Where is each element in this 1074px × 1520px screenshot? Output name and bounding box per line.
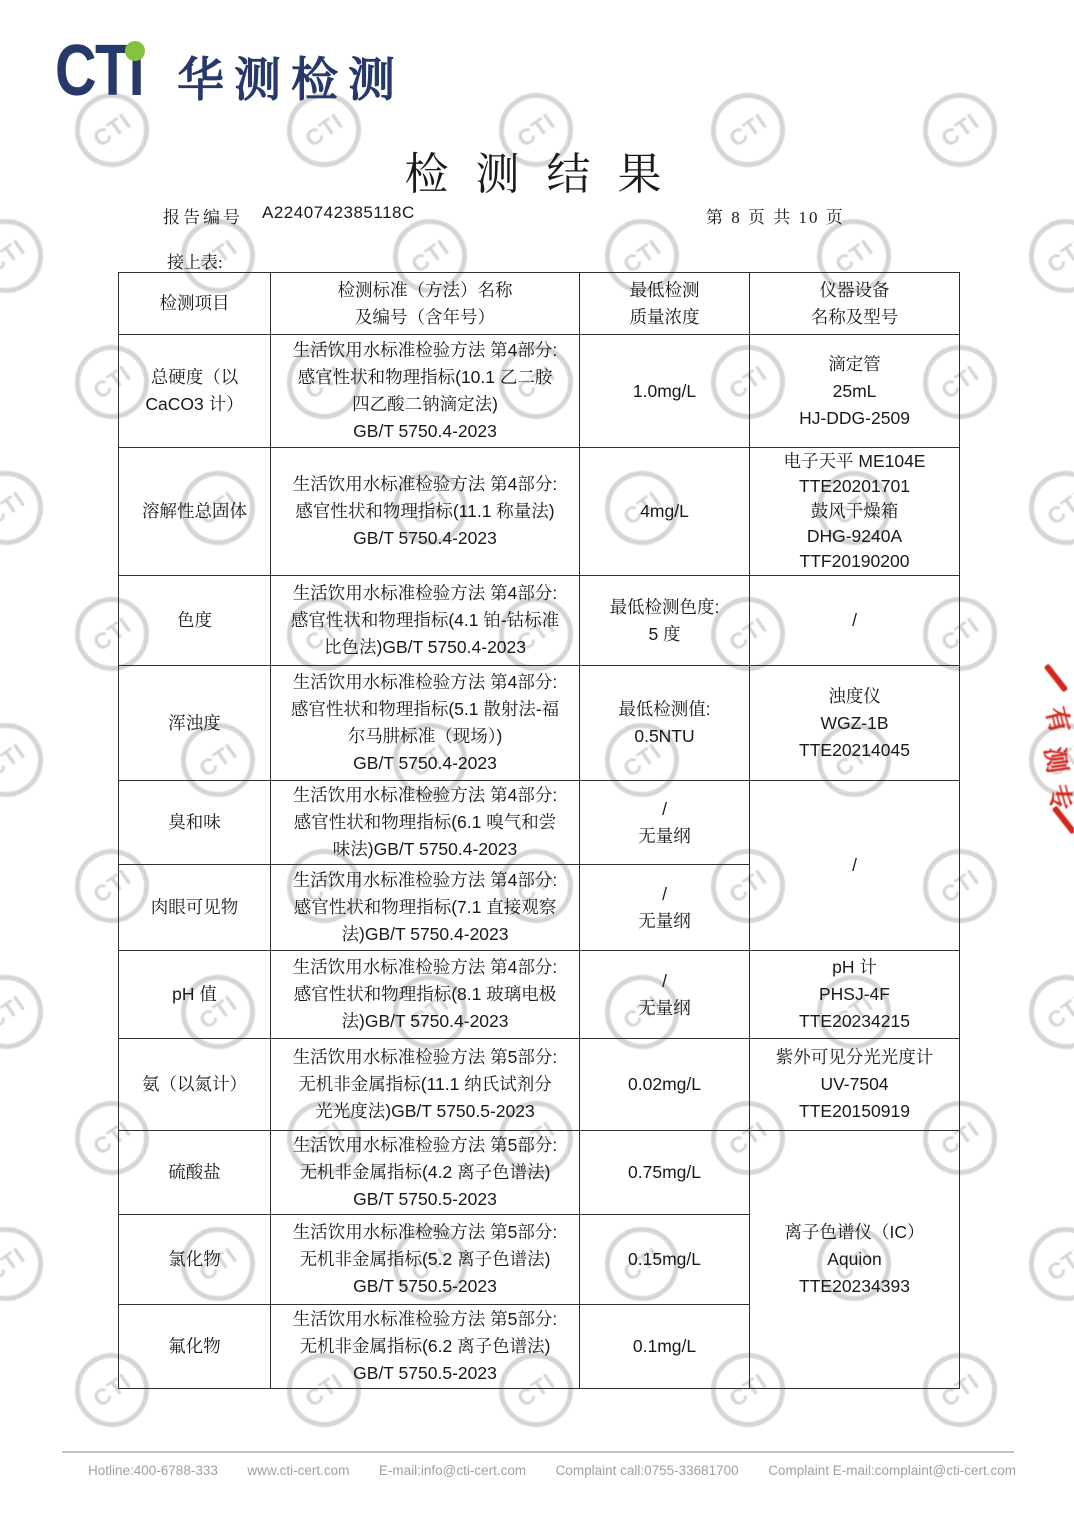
method-line: 生活饮用水标准检验方法 第5部分: — [274, 1306, 576, 1333]
footer-complaint-call: Complaint call:0755-33681700 — [556, 1463, 739, 1478]
stamp-stroke-icon — [1044, 664, 1068, 693]
cell-detection-limit: 0.02mg/L — [580, 1039, 750, 1131]
method-line: 法)GB/T 5750.4-2023 — [274, 921, 576, 948]
column-header-line: 仪器设备 — [753, 277, 956, 304]
cell-detection-limit: /无量纲 — [580, 781, 750, 865]
results-table-head: 检测项目检测标准（方法）名称及编号（含年号）最低检测质量浓度仪器设备名称及型号 — [119, 273, 960, 335]
test-item-line: pH 值 — [122, 981, 267, 1008]
page-indicator: 第 8 页 共 10 页 — [706, 203, 845, 228]
method-line: 生活饮用水标准检验方法 第5部分: — [274, 1044, 576, 1071]
test-item-line: 色度 — [122, 607, 267, 634]
cell-test-item: 浑浊度 — [119, 666, 271, 781]
cell-detection-limit: /无量纲 — [580, 951, 750, 1039]
cell-test-item: 氟化物 — [119, 1305, 271, 1389]
cell-detection-limit: /无量纲 — [580, 865, 750, 951]
cell-test-item: 溶解性总固体 — [119, 448, 271, 576]
cti-watermark-icon: CTI — [1014, 456, 1074, 559]
equipment-line: TTE20234393 — [753, 1273, 956, 1300]
cell-method-standard: 生活饮用水标准检验方法 第4部分:感官性状和物理指标(6.1 嗅气和尝味法)GB… — [271, 781, 580, 865]
cell-equipment: 滴定管25mLHJ-DDG-2509 — [750, 335, 960, 448]
cell-equipment: 离子色谱仪（IC）AquionTTE20234393 — [750, 1131, 960, 1389]
method-line: 味法)GB/T 5750.4-2023 — [274, 836, 576, 863]
column-header-line: 最低检测 — [583, 277, 746, 304]
test-item-line: 溶解性总固体 — [122, 498, 267, 525]
equipment-line: 离子色谱仪（IC） — [753, 1219, 956, 1246]
cell-equipment: 电子天平 ME104ETTE20201701鼓风干燥箱DHG-9240ATTF2… — [750, 448, 960, 576]
detection-limit-line: 无量纲 — [583, 995, 746, 1022]
test-item-line: CaCO3 计） — [122, 391, 267, 418]
method-line: 感官性状和物理指标(8.1 玻璃电极 — [274, 981, 576, 1008]
method-line: 生活饮用水标准检验方法 第5部分: — [274, 1132, 576, 1159]
equipment-line: HJ-DDG-2509 — [753, 405, 956, 432]
cell-detection-limit: 0.1mg/L — [580, 1305, 750, 1389]
cell-method-standard: 生活饮用水标准检验方法 第4部分:感官性状和物理指标(8.1 玻璃电极法)GB/… — [271, 951, 580, 1039]
table-continuation-note: 接上表: — [167, 248, 223, 273]
cti-watermark-text: CTI — [1042, 233, 1074, 278]
cell-method-standard: 生活饮用水标准检验方法 第4部分:感官性状和物理指标(11.1 称量法)GB/T… — [271, 448, 580, 576]
equipment-line: 滴定管 — [753, 351, 956, 378]
equipment-line: WGZ-1B — [753, 710, 956, 737]
cell-detection-limit: 4mg/L — [580, 448, 750, 576]
test-item-line: 臭和味 — [122, 809, 267, 836]
cti-watermark-text: CTI — [0, 485, 30, 530]
cti-watermark-icon: CTI — [1014, 960, 1074, 1063]
report-page: CTICTICTICTICTICTICTICTICTICTICTICTICTIC… — [0, 0, 1074, 1520]
method-line: 感官性状和物理指标(4.1 铂-钴标准 — [274, 607, 576, 634]
cell-detection-limit: 最低检测值:0.5NTU — [580, 666, 750, 781]
method-line: 生活饮用水标准检验方法 第5部分: — [274, 1219, 576, 1246]
cti-watermark-icon: CTI — [0, 708, 58, 811]
detection-limit-line: 最低检测值: — [583, 696, 746, 723]
detection-limit-line: 0.5NTU — [583, 723, 746, 750]
cti-watermark-text: CTI — [0, 233, 30, 278]
report-number-label: 报告编号 — [163, 203, 243, 228]
equipment-line: 浊度仪 — [753, 683, 956, 710]
footer-divider — [62, 1451, 1014, 1453]
cell-equipment: / — [750, 781, 960, 951]
test-item-line: 总硬度（以 — [122, 364, 267, 391]
cti-watermark-text: CTI — [0, 989, 30, 1034]
column-header: 检测标准（方法）名称及编号（含年号） — [271, 273, 580, 335]
detection-limit-line: 无量纲 — [583, 823, 746, 850]
column-header-line: 质量浓度 — [583, 304, 746, 331]
cell-method-standard: 生活饮用水标准检验方法 第4部分:感官性状和物理指标(10.1 乙二胺四乙酸二钠… — [271, 335, 580, 448]
equipment-line: TTE20150919 — [753, 1098, 956, 1125]
equipment-line: TTE20234215 — [753, 1008, 956, 1035]
table-row: 浑浊度生活饮用水标准检验方法 第4部分:感官性状和物理指标(5.1 散射法-福尔… — [119, 666, 960, 781]
cell-equipment: 浊度仪WGZ-1BTTE20214045 — [750, 666, 960, 781]
equipment-line: TTE20214045 — [753, 737, 956, 764]
method-line: GB/T 5750.5-2023 — [274, 1186, 576, 1213]
equipment-line: TTE20201701 — [753, 474, 956, 499]
test-item-line: 浑浊度 — [122, 710, 267, 737]
cell-test-item: 氨（以氮计） — [119, 1039, 271, 1131]
equipment-line: DHG-9240A — [753, 524, 956, 549]
method-line: 感官性状和物理指标(7.1 直接观察 — [274, 894, 576, 921]
detection-limit-line: 4mg/L — [583, 498, 746, 525]
detection-limit-line: 无量纲 — [583, 908, 746, 935]
results-table-body: 总硬度（以CaCO3 计）生活饮用水标准检验方法 第4部分:感官性状和物理指标(… — [119, 335, 960, 1389]
cti-watermark-text: CTI — [0, 737, 30, 782]
stamp-fragment: 有 — [1041, 704, 1073, 736]
equipment-line: PHSJ-4F — [753, 981, 956, 1008]
method-line: 感官性状和物理指标(6.1 嗅气和尝 — [274, 809, 576, 836]
cell-method-standard: 生活饮用水标准检验方法 第5部分:无机非金属指标(11.1 纳氏试剂分光光度法)… — [271, 1039, 580, 1131]
cti-watermark-icon: CTI — [0, 960, 58, 1063]
method-line: 感官性状和物理指标(5.1 散射法-福 — [274, 696, 576, 723]
method-line: 生活饮用水标准检验方法 第4部分: — [274, 867, 576, 894]
cti-watermark-text: CTI — [1042, 485, 1074, 530]
cell-test-item: 氯化物 — [119, 1215, 271, 1305]
method-line: 比色法)GB/T 5750.4-2023 — [274, 634, 576, 661]
method-line: GB/T 5750.4-2023 — [274, 418, 576, 445]
detection-limit-line: 0.1mg/L — [583, 1333, 746, 1360]
equipment-line: UV-7504 — [753, 1071, 956, 1098]
equipment-line: 鼓风干燥箱 — [753, 499, 956, 524]
cell-test-item: pH 值 — [119, 951, 271, 1039]
method-line: GB/T 5750.5-2023 — [274, 1360, 576, 1387]
test-item-line: 氯化物 — [122, 1246, 267, 1273]
method-line: GB/T 5750.4-2023 — [274, 750, 576, 777]
cti-watermark-text: CTI — [1042, 989, 1074, 1034]
cti-watermark-text: CTI — [0, 1241, 30, 1286]
table-row: 氨（以氮计）生活饮用水标准检验方法 第5部分:无机非金属指标(11.1 纳氏试剂… — [119, 1039, 960, 1131]
footer-complaint-email: Complaint E-mail:complaint@cti-cert.com — [768, 1463, 1016, 1478]
detection-limit-line: 1.0mg/L — [583, 378, 746, 405]
column-header-line: 及编号（含年号） — [274, 304, 576, 331]
column-header: 检测项目 — [119, 273, 271, 335]
method-line: 无机非金属指标(6.2 离子色谱法) — [274, 1333, 576, 1360]
method-line: 感官性状和物理指标(10.1 乙二胺 — [274, 364, 576, 391]
cell-method-standard: 生活饮用水标准检验方法 第5部分:无机非金属指标(5.2 离子色谱法)GB/T … — [271, 1215, 580, 1305]
method-line: 感官性状和物理指标(11.1 称量法) — [274, 498, 576, 525]
equipment-line: Aquion — [753, 1246, 956, 1273]
cell-detection-limit: 0.15mg/L — [580, 1215, 750, 1305]
cell-method-standard: 生活饮用水标准检验方法 第5部分:无机非金属指标(4.2 离子色谱法)GB/T … — [271, 1131, 580, 1215]
page-title: 检 测 结 果 — [0, 138, 1074, 202]
cti-watermark-icon: CTI — [0, 456, 58, 559]
cti-watermark-icon: CTI — [1014, 204, 1074, 307]
method-line: 生活饮用水标准检验方法 第4部分: — [274, 782, 576, 809]
detection-limit-line: 最低检测色度: — [583, 594, 746, 621]
cell-equipment: 紫外可见分光光度计UV-7504TTE20150919 — [750, 1039, 960, 1131]
method-line: 生活饮用水标准检验方法 第4部分: — [274, 669, 576, 696]
results-table: 检测项目检测标准（方法）名称及编号（含年号）最低检测质量浓度仪器设备名称及型号 … — [118, 272, 960, 1389]
method-line: 无机非金属指标(5.2 离子色谱法) — [274, 1246, 576, 1273]
cti-watermark-icon: CTI — [1014, 1212, 1074, 1315]
report-number-value: A2240742385118C — [262, 203, 415, 223]
cell-test-item: 总硬度（以CaCO3 计） — [119, 335, 271, 448]
column-header-line: 检测项目 — [122, 290, 267, 317]
method-line: 尔马肼标准（现场）) — [274, 723, 576, 750]
column-header: 仪器设备名称及型号 — [750, 273, 960, 335]
cell-test-item: 肉眼可见物 — [119, 865, 271, 951]
table-row: 溶解性总固体生活饮用水标准检验方法 第4部分:感官性状和物理指标(11.1 称量… — [119, 448, 960, 576]
cell-method-standard: 生活饮用水标准检验方法 第4部分:感官性状和物理指标(7.1 直接观察法)GB/… — [271, 865, 580, 951]
logo-green-dot-icon — [125, 41, 145, 61]
cell-equipment: / — [750, 576, 960, 666]
column-header: 最低检测质量浓度 — [580, 273, 750, 335]
test-item-line: 氟化物 — [122, 1333, 267, 1360]
detection-limit-line: 0.02mg/L — [583, 1071, 746, 1098]
equipment-line: 25mL — [753, 378, 956, 405]
method-line: GB/T 5750.5-2023 — [274, 1273, 576, 1300]
footer-website: www.cti-cert.com — [247, 1463, 349, 1478]
equipment-line: 紫外可见分光光度计 — [753, 1044, 956, 1071]
cell-test-item: 硫酸盐 — [119, 1131, 271, 1215]
cell-method-standard: 生活饮用水标准检验方法 第4部分:感官性状和物理指标(5.1 散射法-福尔马肼标… — [271, 666, 580, 781]
cell-test-item: 色度 — [119, 576, 271, 666]
cti-logo: CTI 华测检测 — [55, 35, 405, 107]
cell-detection-limit: 1.0mg/L — [580, 335, 750, 448]
red-seal-stamp: 有 测 专 — [1034, 655, 1074, 855]
method-line: 四乙酸二钠滴定法) — [274, 391, 576, 418]
cell-method-standard: 生活饮用水标准检验方法 第4部分:感官性状和物理指标(4.1 铂-钴标准比色法)… — [271, 576, 580, 666]
equipment-line: / — [753, 607, 956, 634]
method-line: 无机非金属指标(11.1 纳氏试剂分 — [274, 1071, 576, 1098]
cell-test-item: 臭和味 — [119, 781, 271, 865]
table-row: 臭和味生活饮用水标准检验方法 第4部分:感官性状和物理指标(6.1 嗅气和尝味法… — [119, 781, 960, 865]
method-line: 生活饮用水标准检验方法 第4部分: — [274, 580, 576, 607]
equipment-line: pH 计 — [753, 954, 956, 981]
results-table-wrapper: 检测项目检测标准（方法）名称及编号（含年号）最低检测质量浓度仪器设备名称及型号 … — [118, 272, 960, 1389]
cell-detection-limit: 0.75mg/L — [580, 1131, 750, 1215]
company-name: 华测检测 — [177, 55, 405, 105]
equipment-line: 电子天平 ME104E — [753, 449, 956, 474]
detection-limit-line: 0.75mg/L — [583, 1159, 746, 1186]
header-row: 检测项目检测标准（方法）名称及编号（含年号）最低检测质量浓度仪器设备名称及型号 — [119, 273, 960, 335]
cell-equipment: pH 计PHSJ-4FTTE20234215 — [750, 951, 960, 1039]
column-header-line: 检测标准（方法）名称 — [274, 277, 576, 304]
method-line: 生活饮用水标准检验方法 第4部分: — [274, 337, 576, 364]
footer-hotline: Hotline:400-6788-333 — [88, 1463, 218, 1478]
method-line: 光光度法)GB/T 5750.5-2023 — [274, 1098, 576, 1125]
cell-method-standard: 生活饮用水标准检验方法 第5部分:无机非金属指标(6.2 离子色谱法)GB/T … — [271, 1305, 580, 1389]
footer: Hotline:400-6788-333 www.cti-cert.com E-… — [88, 1463, 1016, 1478]
detection-limit-line: 0.15mg/L — [583, 1246, 746, 1273]
method-line: 无机非金属指标(4.2 离子色谱法) — [274, 1159, 576, 1186]
cti-watermark-text: CTI — [1042, 1241, 1074, 1286]
table-row: 总硬度（以CaCO3 计）生活饮用水标准检验方法 第4部分:感官性状和物理指标(… — [119, 335, 960, 448]
test-item-line: 氨（以氮计） — [122, 1071, 267, 1098]
footer-email: E-mail:info@cti-cert.com — [379, 1463, 526, 1478]
table-row: 色度生活饮用水标准检验方法 第4部分:感官性状和物理指标(4.1 铂-钴标准比色… — [119, 576, 960, 666]
detection-limit-line: / — [583, 796, 746, 823]
detection-limit-line: / — [583, 881, 746, 908]
column-header-line: 名称及型号 — [753, 304, 956, 331]
table-row: pH 值生活饮用水标准检验方法 第4部分:感官性状和物理指标(8.1 玻璃电极法… — [119, 951, 960, 1039]
test-item-line: 硫酸盐 — [122, 1159, 267, 1186]
method-line: 生活饮用水标准检验方法 第4部分: — [274, 954, 576, 981]
equipment-line: / — [753, 852, 956, 879]
cti-watermark-icon: CTI — [0, 1212, 58, 1315]
cti-watermark-icon: CTI — [0, 204, 58, 307]
method-line: 生活饮用水标准检验方法 第4部分: — [274, 471, 576, 498]
method-line: 法)GB/T 5750.4-2023 — [274, 1008, 576, 1035]
cell-detection-limit: 最低检测色度:5 度 — [580, 576, 750, 666]
detection-limit-line: 5 度 — [583, 621, 746, 648]
method-line: GB/T 5750.4-2023 — [274, 525, 576, 552]
stamp-fragment: 测 — [1040, 745, 1069, 774]
equipment-line: TTF20190200 — [753, 549, 956, 574]
test-item-line: 肉眼可见物 — [122, 894, 267, 921]
table-row: 硫酸盐生活饮用水标准检验方法 第5部分:无机非金属指标(4.2 离子色谱法)GB… — [119, 1131, 960, 1215]
detection-limit-line: / — [583, 968, 746, 995]
